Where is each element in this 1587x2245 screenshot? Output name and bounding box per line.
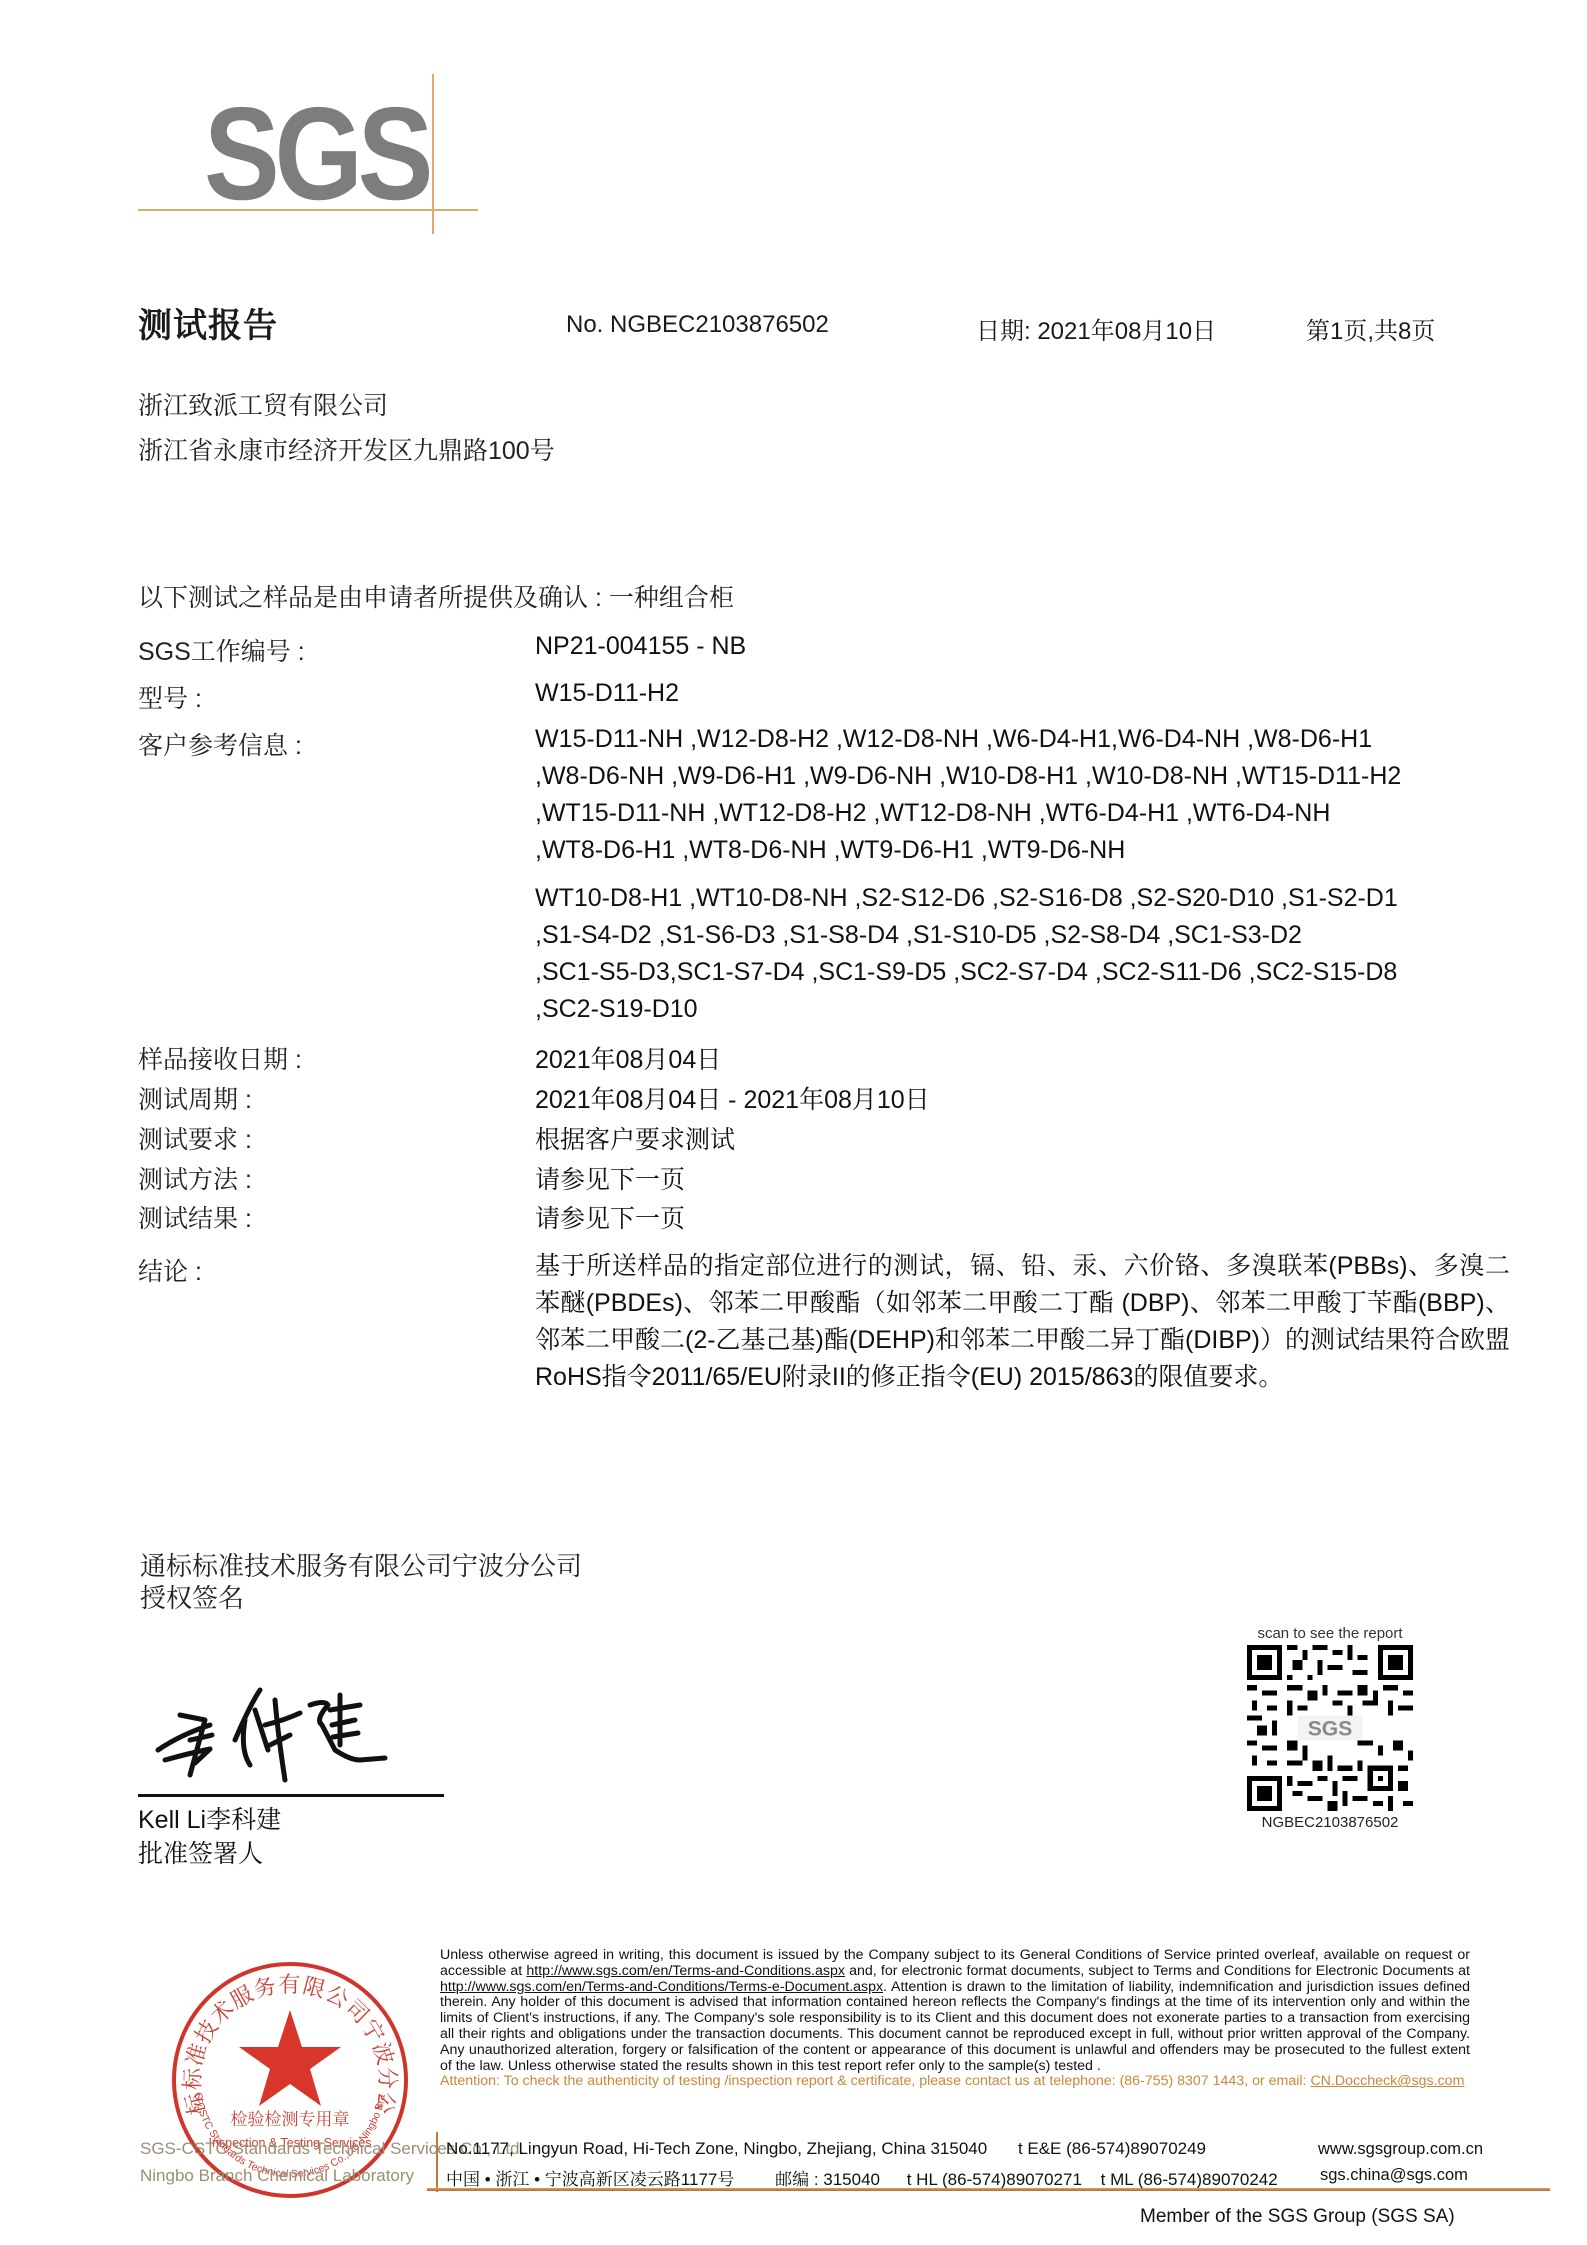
footer-postcode: 邮编 : 315040 <box>775 2170 880 2189</box>
qr-report-id: NGBEC2103876502 <box>1240 1814 1420 1831</box>
sample-intro: 以下测试之样品是由申请者所提供及确认 : 一种组合柜 <box>138 578 734 614</box>
page-indicator: 第1页,共8页 <box>1306 311 1435 346</box>
report-date: 日期: 2021年08月10日 <box>976 311 1216 346</box>
test-result-value: 请参见下一页 <box>535 1199 685 1235</box>
logo-vertical-rule <box>432 74 434 234</box>
customer-ref-line: WT10-D8-H1 ,WT10-D8-NH ,S2-S12-D6 ,S2-S1… <box>535 880 1398 917</box>
signatory-name: Kell Li李科建 <box>138 1803 281 1837</box>
sgs-logo-text: SGS <box>204 88 428 220</box>
customer-ref-block-2: WT10-D8-H1 ,WT10-D8-NH ,S2-S12-D6 ,S2-S1… <box>535 880 1398 1028</box>
footer-tel-hl: t HL (86-574)89070271 <box>907 2170 1082 2189</box>
conclusion-text: 基于所送样品的指定部位进行的测试，镉、铅、汞、六价铬、多溴联苯(PBBs)、多溴… <box>535 1248 1510 1396</box>
test-period-value: 2021年08月04日 - 2021年08月10日 <box>535 1080 930 1116</box>
report-title: 测试报告 <box>138 298 278 347</box>
conclusion-label: 结论 : <box>138 1252 202 1288</box>
customer-ref-line: ,SC2-S19-D10 <box>535 991 1398 1028</box>
signatory-title: 批准签署人 <box>138 1837 281 1871</box>
qr-code-image[interactable]: SGS <box>1247 1645 1413 1811</box>
legal-disclaimer: Unless otherwise agreed in writing, this… <box>440 1948 1470 2090</box>
terms-conditions-link[interactable]: http://www.sgs.com/en/Terms-and-Conditio… <box>526 1963 845 1979</box>
customer-ref-line: ,SC1-S5-D3,SC1-S7-D4 ,SC1-S9-D5 ,SC2-S7-… <box>535 954 1398 991</box>
sgs-logo: SGS <box>138 60 478 240</box>
test-request-value: 根据客户要求测试 <box>535 1120 735 1156</box>
footer-row-en: No.1177, Lingyun Road, Hi-Tech Zone, Nin… <box>446 2139 1206 2159</box>
signature-line <box>138 1794 444 1797</box>
model-value: W15-D11-H2 <box>535 679 679 708</box>
footer-address-en: No.1177, Lingyun Road, Hi-Tech Zone, Nin… <box>446 2139 987 2158</box>
legal-text-part2: and, for electronic format documents, su… <box>845 1963 1470 1979</box>
report-number: No. NGBEC2103876502 <box>566 311 829 339</box>
signatory-block: 通标标准技术服务有限公司宁波分公司 授权签名 <box>140 1550 582 1614</box>
customer-ref-line: ,WT8-D6-H1 ,WT8-D6-NH ,WT9-D6-H1 ,WT9-D6… <box>535 832 1401 869</box>
customer-ref-label: 客户参考信息 : <box>138 726 302 762</box>
customer-ref-line: ,W8-D6-NH ,W9-D6-H1 ,W9-D6-NH ,W10-D8-H1… <box>535 758 1401 795</box>
receive-date-value: 2021年08月04日 <box>535 1040 721 1076</box>
test-method-label: 测试方法 : <box>138 1160 252 1196</box>
stamp-center-cn: 检验检测专用章 <box>231 2109 350 2130</box>
customer-ref-line: ,WT15-D11-NH ,WT12-D8-H2 ,WT12-D8-NH ,WT… <box>535 795 1401 832</box>
signatory-name-block: Kell Li李科建 批准签署人 <box>138 1803 281 1871</box>
customer-ref-block-1: W15-D11-NH ,W12-D8-H2 ,W12-D8-NH ,W6-D4-… <box>535 721 1401 869</box>
customer-ref-line: ,S1-S4-D2 ,S1-S6-D3 ,S1-S8-D4 ,S1-S10-D5… <box>535 917 1398 954</box>
terms-e-document-link[interactable]: http://www.sgs.com/en/Terms-and-Conditio… <box>440 1979 883 1995</box>
footer-website[interactable]: www.sgsgroup.com.cn <box>1318 2140 1483 2159</box>
model-label: 型号 : <box>138 679 202 715</box>
authenticity-text: Attention: To check the authenticity of … <box>440 2073 1310 2089</box>
logo-horizontal-rule <box>138 209 478 211</box>
test-method-value: 请参见下一页 <box>535 1160 685 1196</box>
sgs-group-membership: Member of the SGS Group (SGS SA) <box>1140 2206 1455 2228</box>
footer-tel-ml: t ML (86-574)89070242 <box>1101 2170 1278 2189</box>
doccheck-email-link[interactable]: CN.Doccheck@sgs.com <box>1310 2073 1464 2089</box>
footer-address-cn: 中国 • 浙江 • 宁波高新区凌云路1177号 <box>446 2170 734 2189</box>
lab-name-line2: Ningbo Branch Chemical Laboratory <box>140 2166 414 2186</box>
client-name: 浙江致派工贸有限公司 <box>138 386 388 422</box>
authenticity-notice: Attention: To check the authenticity of … <box>440 2074 1470 2090</box>
footer-email[interactable]: sgs.china@sgs.com <box>1320 2166 1468 2185</box>
job-no-value: NP21-004155 - NB <box>535 632 746 661</box>
handwritten-signature-image <box>150 1665 410 1785</box>
customer-ref-line: W15-D11-NH ,W12-D8-H2 ,W12-D8-NH ,W6-D4-… <box>535 721 1401 758</box>
test-result-label: 测试结果 : <box>138 1199 252 1235</box>
test-request-label: 测试要求 : <box>138 1120 252 1156</box>
client-address: 浙江省永康市经济开发区九鼎路100号 <box>138 431 555 467</box>
footer-horizontal-rule <box>427 2188 1550 2191</box>
signatory-company: 通标标准技术服务有限公司宁波分公司 <box>140 1550 582 1582</box>
job-no-label: SGS工作编号 : <box>138 632 305 668</box>
qr-caption: scan to see the report <box>1240 1625 1420 1642</box>
qr-center-logo: SGS <box>1308 1718 1353 1741</box>
footer-row-cn: 中国 • 浙江 • 宁波高新区凌云路1177号 邮编 : 315040 t HL… <box>446 2165 1278 2190</box>
test-period-label: 测试周期 : <box>138 1080 252 1116</box>
footer-vertical-rule <box>436 2132 438 2192</box>
qr-code-block: scan to see the report SGS NGBEC21038765… <box>1240 1625 1420 1831</box>
receive-date-label: 样品接收日期 : <box>138 1040 302 1076</box>
footer-tel-ee: t E&E (86-574)89070249 <box>1018 2139 1206 2158</box>
authorized-signature-label: 授权签名 <box>140 1582 582 1614</box>
